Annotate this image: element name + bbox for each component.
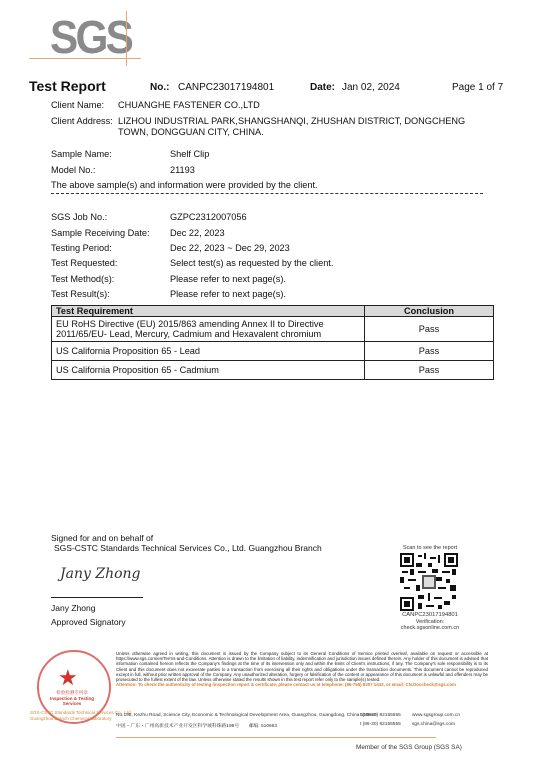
test-result-value: Please refer to next page(s).	[170, 289, 286, 299]
address-english: No.198, Kezhu Road, Science City, Econom…	[116, 713, 377, 718]
stamp-en-text: Inspection & Testing Services	[44, 696, 100, 706]
stamp-center-text: 检验检测专用章 Inspection & Testing Services	[44, 690, 100, 706]
receiving-date-label: Sample Receiving Date:	[51, 228, 150, 238]
signed-behalf-line2: SGS-CSTC Standards Technical Services Co…	[54, 543, 322, 553]
job-no-value: GZPC2312007056	[170, 212, 247, 222]
test-result-label: Test Result(s):	[51, 289, 110, 299]
client-address-line1: LIZHOU INDUSTRIAL PARK,SHANGSHANQI, ZHUS…	[118, 116, 465, 126]
date-value: Jan 02, 2024	[342, 82, 400, 93]
verification-url[interactable]: check.sgsonline.com.cn	[388, 625, 472, 631]
report-no-value: CANPC23017194801	[178, 82, 274, 93]
qr-report-code: CANPC23017194801	[388, 612, 472, 618]
qr-code-icon[interactable]	[400, 553, 458, 611]
client-name-label: Client Name:	[51, 100, 104, 110]
test-requested-value: Select test(s) as requested by the clien…	[170, 258, 333, 268]
client-address-line2: TOWN, DONGGUAN CITY, CHINA.	[118, 127, 264, 137]
phone-1: t (86-20) 82155555	[360, 713, 401, 718]
requirement-cell: US California Proposition 65 - Lead	[52, 342, 365, 361]
test-requirements-table: Test Requirement Conclusion EU RoHS Dire…	[51, 305, 494, 380]
sample-name-value: Shelf Clip	[170, 149, 209, 159]
testing-period-value: Dec 22, 2023 ~ Dec 29, 2023	[170, 243, 290, 253]
conclusion-cell: Pass	[365, 361, 494, 380]
signature-line	[51, 597, 143, 598]
requirement-cell: US California Proposition 65 - Cadmium	[52, 361, 365, 380]
handwritten-signature: Jany Zhong	[60, 566, 141, 582]
signed-behalf-line1: Signed for and on behalf of	[51, 533, 153, 543]
requirement-text-line2: 2011/65/EU- Lead, Mercury, Cadmium and H…	[56, 329, 360, 339]
receiving-date-value: Dec 22, 2023	[170, 228, 225, 238]
job-no-label: SGS Job No.:	[51, 212, 107, 222]
report-title: Test Report	[29, 78, 106, 94]
signatory-name: Jany Zhong	[51, 603, 95, 613]
table-row: US California Proposition 65 - Cadmium P…	[52, 361, 494, 380]
requirement-cell: EU RoHS Directive (EU) 2015/863 amending…	[52, 317, 365, 342]
qr-caption: Scan to see the report	[388, 545, 472, 551]
test-method-label: Test Method(s):	[51, 274, 114, 284]
conclusion-cell: Pass	[365, 317, 494, 342]
website-link[interactable]: www.sgsgroup.com.cn	[412, 713, 460, 718]
conclusion-cell: Pass	[365, 342, 494, 361]
member-text: Member of the SGS Group (SGS SA)	[356, 744, 462, 751]
footer-divider	[116, 737, 436, 738]
star-icon: ★	[58, 665, 78, 691]
logo-divider-vertical	[126, 11, 127, 66]
header-test-requirement: Test Requirement	[52, 306, 365, 317]
sample-note: The above sample(s) and information were…	[51, 180, 318, 190]
requirement-text-line1: EU RoHS Directive (EU) 2015/863 amending…	[56, 319, 360, 329]
date-label: Date:	[310, 82, 335, 93]
model-no-label: Model No.:	[51, 165, 95, 175]
sgs-logo: SGS	[50, 14, 131, 60]
address-chinese: 中国・广东・广州高新技术产业开发区科学城科珠路198号 邮编: 510663	[116, 722, 277, 729]
phone-2: t (86-20) 82155555	[360, 722, 401, 727]
table-row: US California Proposition 65 - Lead Pass	[52, 342, 494, 361]
model-no-value: 21193	[170, 165, 195, 175]
disclaimer-text: Unless otherwise agreed in writing, this…	[116, 651, 488, 682]
email-link[interactable]: sgs.china@sgs.com	[412, 722, 455, 727]
terms-disclaimer: Unless otherwise agreed in writing, this…	[116, 651, 488, 687]
client-name-value: CHUANGHE FASTENER CO.,LTD	[118, 100, 260, 110]
authenticity-attention: Attention: To check the authenticity of …	[116, 682, 488, 687]
page-indicator: Page 1 of 7	[452, 82, 503, 93]
table-header-row: Test Requirement Conclusion	[52, 306, 494, 317]
table-row: EU RoHS Directive (EU) 2015/863 amending…	[52, 317, 494, 342]
sample-name-label: Sample Name:	[51, 149, 112, 159]
signatory-title: Approved Signatory	[51, 617, 126, 627]
client-address-label: Client Address:	[51, 116, 113, 126]
test-requested-label: Test Requested:	[51, 258, 117, 268]
testing-period-label: Testing Period:	[51, 243, 112, 253]
dashed-divider	[51, 193, 483, 194]
header-conclusion: Conclusion	[365, 306, 494, 317]
report-no-label: No.:	[150, 82, 169, 93]
logo-divider-horizontal	[29, 58, 141, 59]
test-method-value: Please refer to next page(s).	[170, 274, 286, 284]
